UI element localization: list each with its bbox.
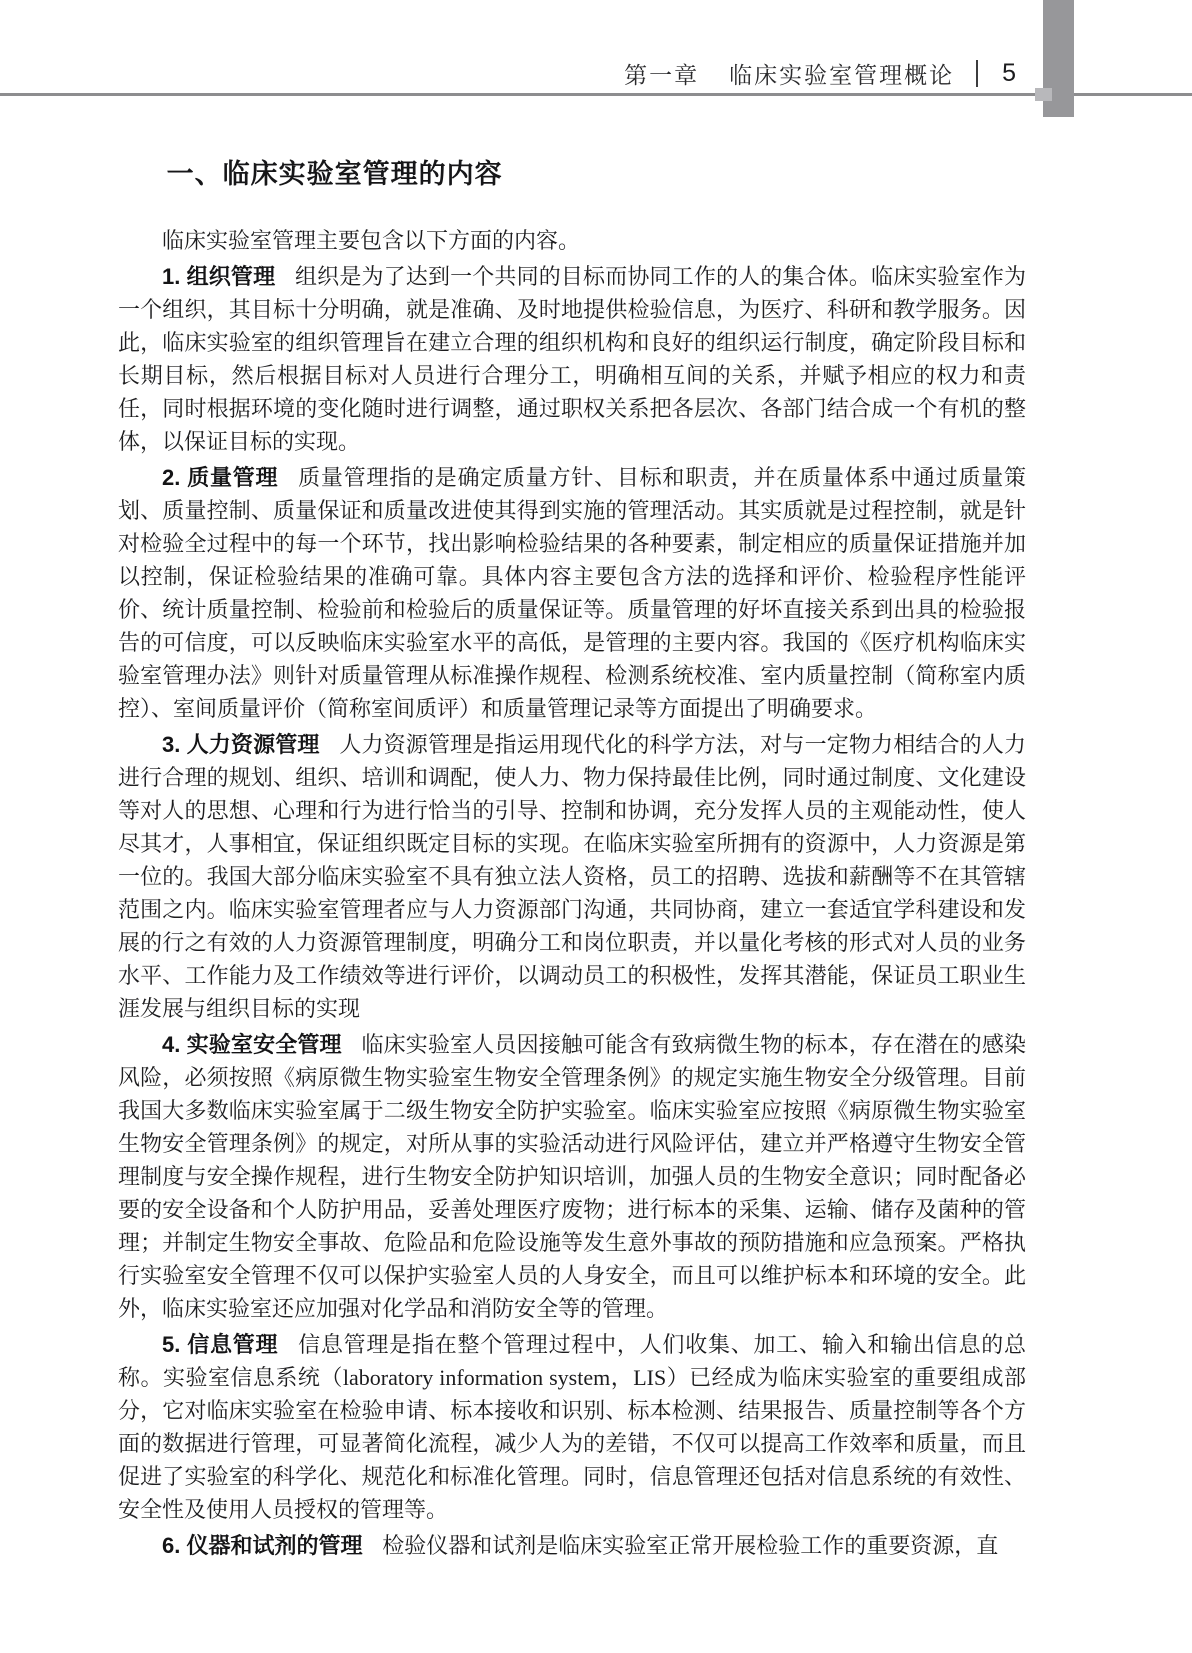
page-content: 一、临床实验室管理的内容 临床实验室管理主要包含以下方面的内容。 1. 组织管理… [118, 156, 1026, 1562]
section-title: 一、临床实验室管理的内容 [118, 156, 1026, 192]
paragraph-organization-management: 1. 组织管理组织是为了达到一个共同的目标而协同工作的人的集合体。临床实验室作为… [118, 260, 1026, 458]
book-page: 第一章 临床实验室管理概论 5 一、临床实验室管理的内容 临床实验室管理主要包含… [0, 0, 1192, 1653]
intro-paragraph: 临床实验室管理主要包含以下方面的内容。 [118, 224, 1026, 257]
intro-text: 临床实验室管理主要包含以下方面的内容。 [162, 228, 580, 253]
page-header: 第一章 临床实验室管理概论 5 [624, 56, 1016, 90]
paragraph-information-management: 5. 信息管理信息管理是指在整个管理过程中，人们收集、加工、输入和输出信息的总称… [118, 1328, 1026, 1526]
paragraph-quality-management: 2. 质量管理质量管理指的是确定质量方针、目标和职责，并在质量体系中通过质量策划… [118, 461, 1026, 725]
item-label-5: 5. 信息管理 [162, 1332, 278, 1357]
chapter-title: 临床实验室管理概论 [729, 57, 954, 90]
item-text-3: 人力资源管理是指运用现代化的科学方法，对与一定物力相结合的人力进行合理的规划、组… [118, 732, 1026, 1021]
item-text-6: 检验仪器和试剂是临床实验室正常开展检验工作的重要资源，直 [382, 1533, 998, 1558]
header-rule [0, 93, 1192, 96]
item-label-3: 3. 人力资源管理 [162, 732, 320, 757]
item-text-2: 质量管理指的是确定质量方针、目标和职责，并在质量体系中通过质量策划、质量控制、质… [118, 465, 1026, 721]
header-separator-bar [976, 60, 978, 87]
item-label-1: 1. 组织管理 [162, 264, 275, 289]
item-text-4: 临床实验室人员因接触可能含有致病微生物的标本，存在潜在的感染风险，必须按照《病原… [118, 1032, 1026, 1321]
item-label-2: 2. 质量管理 [162, 465, 278, 490]
paragraph-lab-safety-management: 4. 实验室安全管理临床实验室人员因接触可能含有致病微生物的标本，存在潜在的感染… [118, 1028, 1026, 1325]
paragraph-hr-management: 3. 人力资源管理人力资源管理是指运用现代化的科学方法，对与一定物力相结合的人力… [118, 728, 1026, 1025]
paragraph-instrument-reagent-management: 6. 仪器和试剂的管理检验仪器和试剂是临床实验室正常开展检验工作的重要资源，直 [118, 1529, 1026, 1562]
corner-square-decoration [1035, 88, 1052, 101]
item-text-5: 信息管理是指在整个管理过程中，人们收集、加工、输入和输出信息的总称。实验室信息系… [118, 1332, 1026, 1522]
item-label-4: 4. 实验室安全管理 [162, 1032, 342, 1057]
item-label-6: 6. 仪器和试剂的管理 [162, 1533, 362, 1558]
item-text-1: 组织是为了达到一个共同的目标而协同工作的人的集合体。临床实验室作为一个组织，其目… [118, 264, 1026, 454]
page-number: 5 [1002, 59, 1016, 88]
chapter-number: 第一章 [624, 57, 699, 90]
